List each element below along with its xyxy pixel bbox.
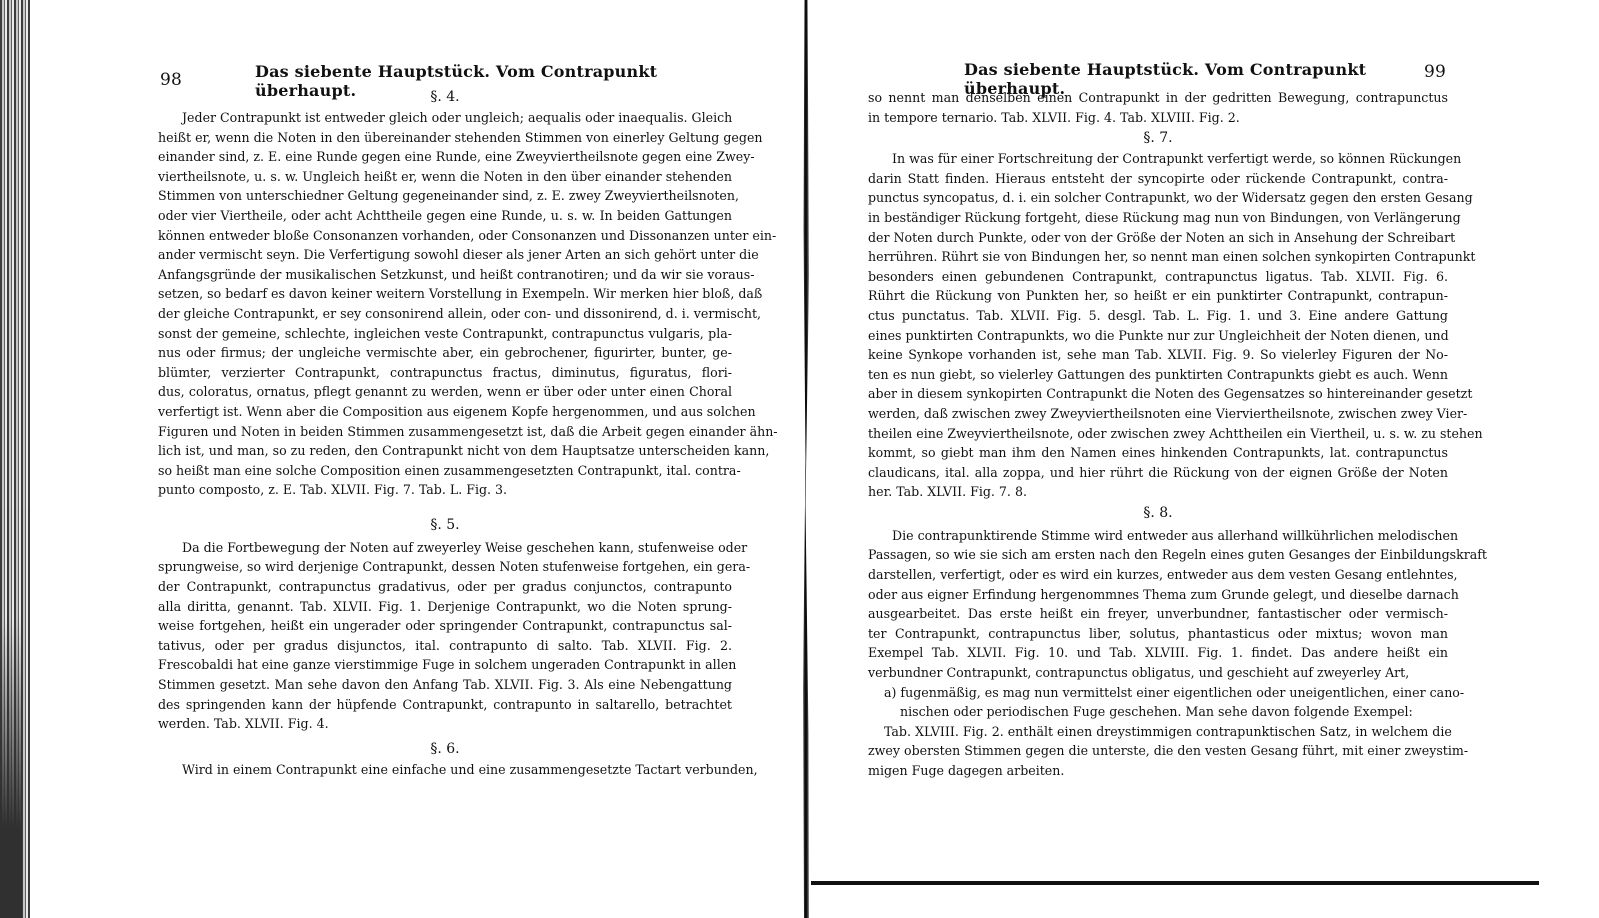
text-line: blümter, verzierter Contrapunkt, contrap…	[158, 363, 732, 383]
text-line: punctus syncopatus, d. i. ein solcher Co…	[868, 188, 1448, 208]
paragraph-section-6: Wird in einem Contrapunkt eine einfache …	[158, 760, 732, 780]
text-line: ausgearbeitet. Das erste heißt ein freye…	[868, 604, 1448, 624]
text-line: oder vier Viertheile, oder acht Achtthei…	[158, 206, 732, 226]
text-line: heißt er, wenn die Noten in den übereina…	[158, 128, 732, 148]
text-line: ctus punctatus. Tab. XLVII. Fig. 5. desg…	[868, 306, 1448, 326]
left-running-head: 98 Das siebente Hauptstück. Vom Contrapu…	[158, 60, 732, 86]
text-line: viertheilsnote, u. s. w. Ungleich heißt …	[158, 167, 732, 187]
text-line: Wird in einem Contrapunkt eine einfache …	[158, 760, 732, 780]
text-line: werden, daß zwischen zwey Zweyviertheils…	[868, 404, 1448, 424]
text-line: nischen oder periodischen Fuge geschehen…	[868, 702, 1448, 722]
book-spread: 98 Das siebente Hauptstück. Vom Contrapu…	[0, 0, 1599, 918]
text-line: Tab. XLVIII. Fig. 2. enthält einen dreys…	[868, 722, 1448, 742]
text-line: so heißt man eine solche Composition ein…	[158, 461, 732, 481]
text-line: aber in diesem synkopirten Contrapunkt d…	[868, 384, 1448, 404]
text-line: Rührt die Rückung von Punkten her, so he…	[868, 286, 1448, 306]
paragraph-section-8: Die contrapunktirende Stimme wird entwed…	[868, 526, 1448, 781]
text-line: keine Synkope vorhanden ist, sehe man Ta…	[868, 345, 1448, 365]
text-line: der Contrapunkt, contrapunctus gradativu…	[158, 577, 732, 597]
text-line: Stimmen gesetzt. Man sehe davon den Anfa…	[158, 675, 732, 695]
text-line: lich ist, und man, so zu reden, den Cont…	[158, 441, 732, 461]
section-mark-7: §. 7.	[868, 129, 1448, 147]
text-line: verbundner Contrapunkt, contrapunctus ob…	[868, 663, 1448, 683]
paragraph-section-4: Jeder Contrapunkt ist entweder gleich od…	[158, 108, 732, 500]
text-line: migen Fuge dagegen arbeiten.	[868, 761, 1448, 781]
text-line: sonst der gemeine, schlechte, ingleichen…	[158, 324, 732, 344]
text-line: der Noten durch Punkte, oder von der Grö…	[868, 228, 1448, 248]
text-line: des springenden kann der hüpfende Contra…	[158, 695, 732, 715]
running-head-title: Das siebente Hauptstück. Vom Contrapunkt…	[255, 62, 732, 100]
text-line: Passagen, so wie sie sich am ersten nach…	[868, 545, 1448, 565]
text-line: weise fortgehen, heißt ein ungerader ode…	[158, 616, 732, 636]
text-line: einander sind, z. E. eine Runde gegen ei…	[158, 147, 732, 167]
text-line: In was für einer Fortschreitung der Cont…	[868, 149, 1448, 169]
text-line: können entweder bloße Consonanzen vorhan…	[158, 226, 732, 246]
running-head-title: Das siebente Hauptstück. Vom Contrapunkt…	[964, 60, 1448, 98]
text-line: Die contrapunktirende Stimme wird entwed…	[868, 526, 1448, 546]
text-line: darstellen, verfertigt, oder es wird ein…	[868, 565, 1448, 585]
text-line: punto composto, z. E. Tab. XLVII. Fig. 7…	[158, 480, 732, 500]
text-line: eines punktirten Contrapunkts, wo die Pu…	[868, 326, 1448, 346]
text-line: Figuren und Noten in beiden Stimmen zusa…	[158, 422, 732, 442]
text-line: a) fugenmäßig, es mag nun vermittelst ei…	[868, 683, 1448, 703]
text-line: Exempel Tab. XLVII. Fig. 10. und Tab. XL…	[868, 643, 1448, 663]
page-number: 99	[1424, 62, 1446, 82]
text-line: tativus, oder per gradus disjunctos, ita…	[158, 636, 732, 656]
text-line: kommt, so giebt man ihm den Namen eines …	[868, 443, 1448, 463]
book-gutter	[801, 0, 811, 918]
text-line: ter Contrapunkt, contrapunctus liber, so…	[868, 624, 1448, 644]
text-line: her. Tab. XLVII. Fig. 7. 8.	[868, 482, 1448, 502]
text-line: der gleiche Contrapunkt, er sey consonir…	[158, 304, 732, 324]
text-line: setzen, so bedarf es davon keiner weiter…	[158, 284, 732, 304]
text-line: Jeder Contrapunkt ist entweder gleich od…	[158, 108, 732, 128]
paragraph-section-5: Da die Fortbewegung der Noten auf zweyer…	[158, 538, 732, 734]
text-line: alla diritta, genannt. Tab. XLVII. Fig. …	[158, 597, 732, 617]
text-line: verfertigt ist. Wenn aber die Compositio…	[158, 402, 732, 422]
text-line: darin Statt finden. Hieraus entsteht der…	[868, 169, 1448, 189]
text-line: claudicans, ital. alla zoppa, und hier r…	[868, 463, 1448, 483]
section-mark-5: §. 5.	[158, 516, 732, 534]
right-page: Das siebente Hauptstück. Vom Contrapunkt…	[868, 60, 1448, 781]
text-line: ten es nun giebt, so vielerley Gattungen…	[868, 365, 1448, 385]
text-line: herrühren. Rührt sie von Bindungen her, …	[868, 247, 1448, 267]
page-bottom-edge	[811, 881, 1539, 885]
page-stack-edge	[0, 0, 30, 918]
section-mark-6: §. 6.	[158, 740, 732, 758]
right-running-head: Das siebente Hauptstück. Vom Contrapunkt…	[868, 60, 1448, 86]
text-line: sprungweise, so wird derjenige Contrapun…	[158, 557, 732, 577]
page-number: 98	[160, 70, 182, 90]
text-line: theilen eine Zweyviertheilsnote, oder zw…	[868, 424, 1448, 444]
text-line: zwey obersten Stimmen gegen die unterste…	[868, 741, 1448, 761]
text-line: Frescobaldi hat eine ganze vierstimmige …	[158, 655, 732, 675]
text-line: nus oder firmus; der ungleiche vermischt…	[158, 343, 732, 363]
text-line: in tempore ternario. Tab. XLVII. Fig. 4.…	[868, 108, 1448, 128]
text-line: Stimmen von unterschiedner Geltung gegen…	[158, 186, 732, 206]
left-page: 98 Das siebente Hauptstück. Vom Contrapu…	[158, 60, 732, 779]
text-line: besonders einen gebundenen Contrapunkt, …	[868, 267, 1448, 287]
text-line: Da die Fortbewegung der Noten auf zweyer…	[158, 538, 732, 558]
text-line: Anfangsgründe der musikalischen Setzkuns…	[158, 265, 732, 285]
text-line: oder aus eigner Erfindung hergenommnes T…	[868, 585, 1448, 605]
text-line: dus, coloratus, ornatus, pflegt genannt …	[158, 382, 732, 402]
text-line: werden. Tab. XLVII. Fig. 4.	[158, 714, 732, 734]
paragraph-section-7: In was für einer Fortschreitung der Cont…	[868, 149, 1448, 502]
text-line: in beständiger Rückung fortgeht, diese R…	[868, 208, 1448, 228]
text-line: ander vermischt seyn. Die Verfertigung s…	[158, 245, 732, 265]
section-mark-8: §. 8.	[868, 504, 1448, 522]
